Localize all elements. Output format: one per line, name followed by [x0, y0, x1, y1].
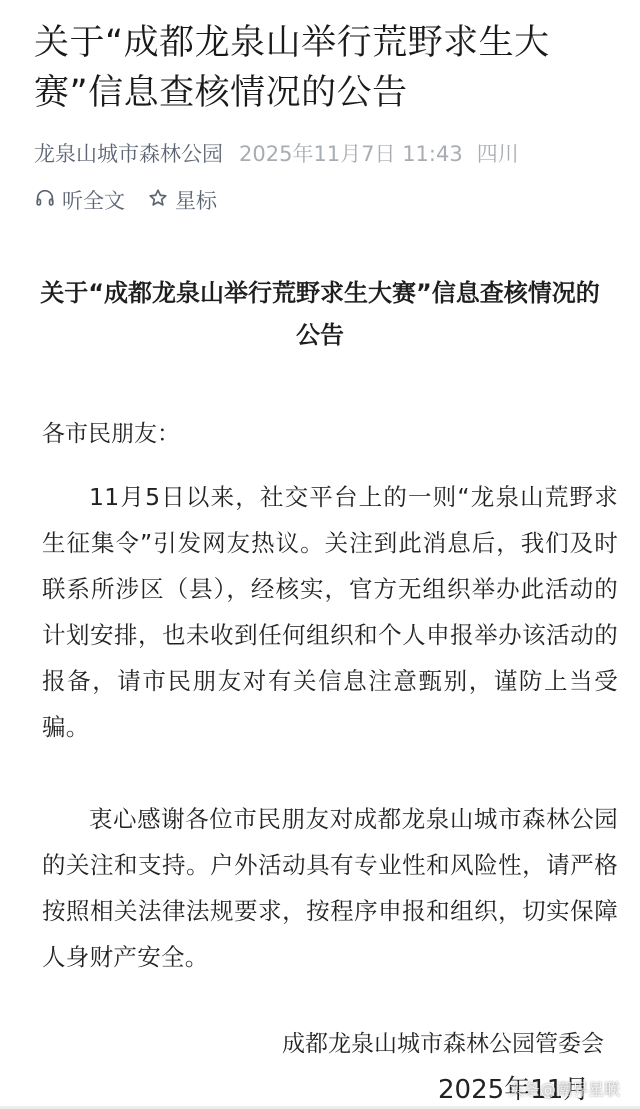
paragraph-1: 11月5日以来，社交平台上的一则“龙泉山荒野求生征集令”引发网友热议。关注到此消…	[42, 474, 618, 750]
watermark: 头条@潮界星联	[508, 1075, 620, 1105]
greeting: 各市民朋友：	[42, 414, 180, 454]
listen-full-text-button[interactable]: 听全文	[34, 185, 125, 215]
account-name-link[interactable]: 龙泉山城市森林公园	[34, 138, 223, 168]
article-title: 关于“成都龙泉山举行荒野求生大赛”信息查核情况的公告	[34, 18, 634, 118]
publish-time: 2025年11月7日 11:43	[239, 138, 463, 168]
signature: 成都龙泉山城市森林公园管委会	[282, 1024, 604, 1064]
star-icon	[147, 187, 175, 214]
listen-full-text-label: 听全文	[62, 185, 125, 215]
star-label: 星标	[175, 185, 217, 215]
headphones-icon	[34, 187, 62, 214]
publish-location: 四川	[477, 138, 519, 168]
article-meta: 龙泉山城市森林公园 2025年11月7日 11:43 四川	[34, 136, 519, 170]
article-actions: 听全文 星标	[34, 184, 239, 216]
document-heading: 关于“成都龙泉山举行荒野求生大赛”信息查核情况的公告	[30, 272, 610, 356]
star-button[interactable]: 星标	[147, 185, 217, 215]
paragraph-2: 衷心感谢各位市民朋友对成都龙泉山城市森林公园的关注和支持。户外活动具有专业性和风…	[42, 796, 618, 980]
